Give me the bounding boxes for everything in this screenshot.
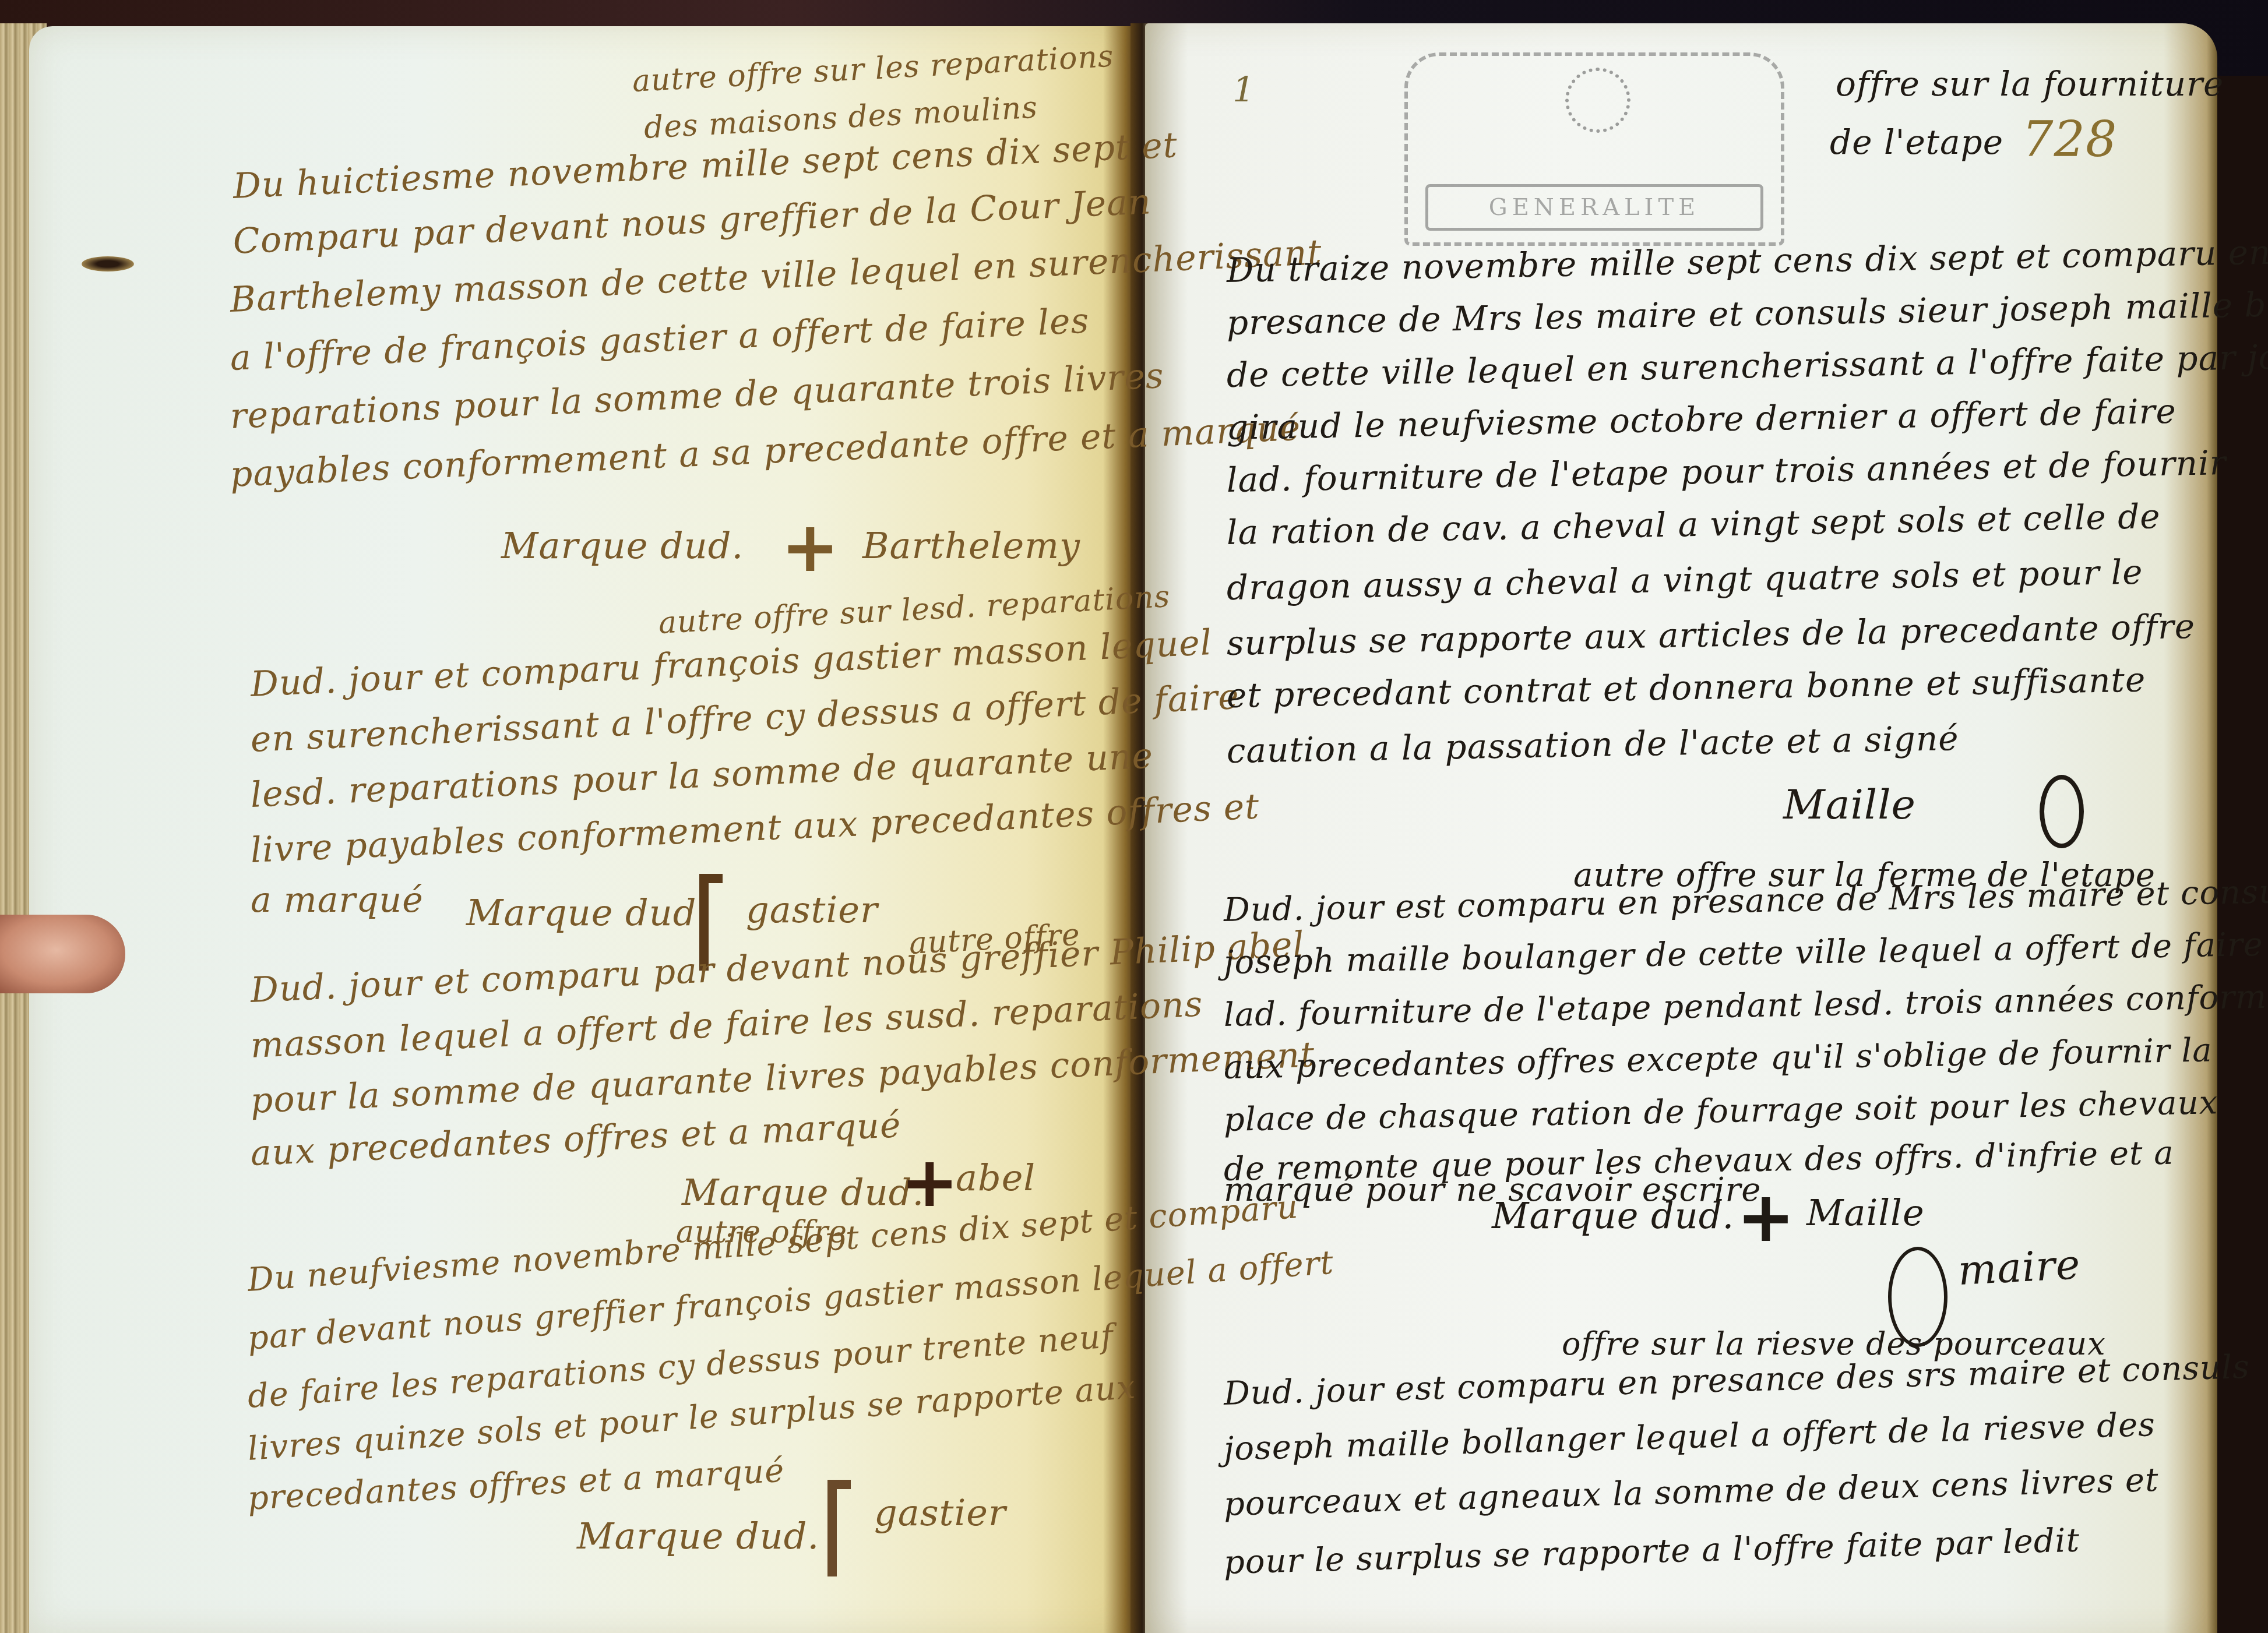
text-line: a marqué [251, 880, 424, 920]
paper-hole [82, 256, 134, 271]
corner-mark-icon [827, 1480, 851, 1576]
holding-thumb [0, 915, 125, 993]
cross-mark-icon: + [781, 513, 840, 583]
page-number: 728 [2022, 111, 2117, 168]
signature-label: Marque dud. [1492, 1194, 1734, 1237]
stamp-crest-icon [1565, 68, 1630, 133]
page-title: offre sur la fourniture [1836, 64, 2224, 104]
tax-stamp: GENERALITE [1404, 52, 1784, 246]
signature-label: Marque dud. [577, 1515, 819, 1557]
folio-mark: 1 [1232, 70, 1255, 111]
cross-mark-icon: + [900, 1148, 959, 1218]
signature-name: Maille [1806, 1191, 1925, 1234]
signature-name: gastier [874, 1491, 1006, 1534]
stamp-band-text: GENERALITE [1425, 184, 1763, 231]
signature-name: abel [956, 1156, 1036, 1199]
signature-label: Marque dud. [682, 1171, 924, 1214]
cross-mark-icon: + [1737, 1183, 1795, 1253]
signature-name: Barthelemy [862, 524, 1080, 567]
page-title: de l'etape [1830, 122, 2003, 162]
signature-name: gastier [746, 888, 878, 931]
signature-label: Marque dud. [501, 524, 744, 567]
signature-name: Maille [1783, 781, 1916, 828]
signature-label: Marque dud. [466, 891, 709, 934]
official-signature: maire [1957, 1240, 2082, 1295]
paraph-flourish-icon [2040, 775, 2084, 848]
